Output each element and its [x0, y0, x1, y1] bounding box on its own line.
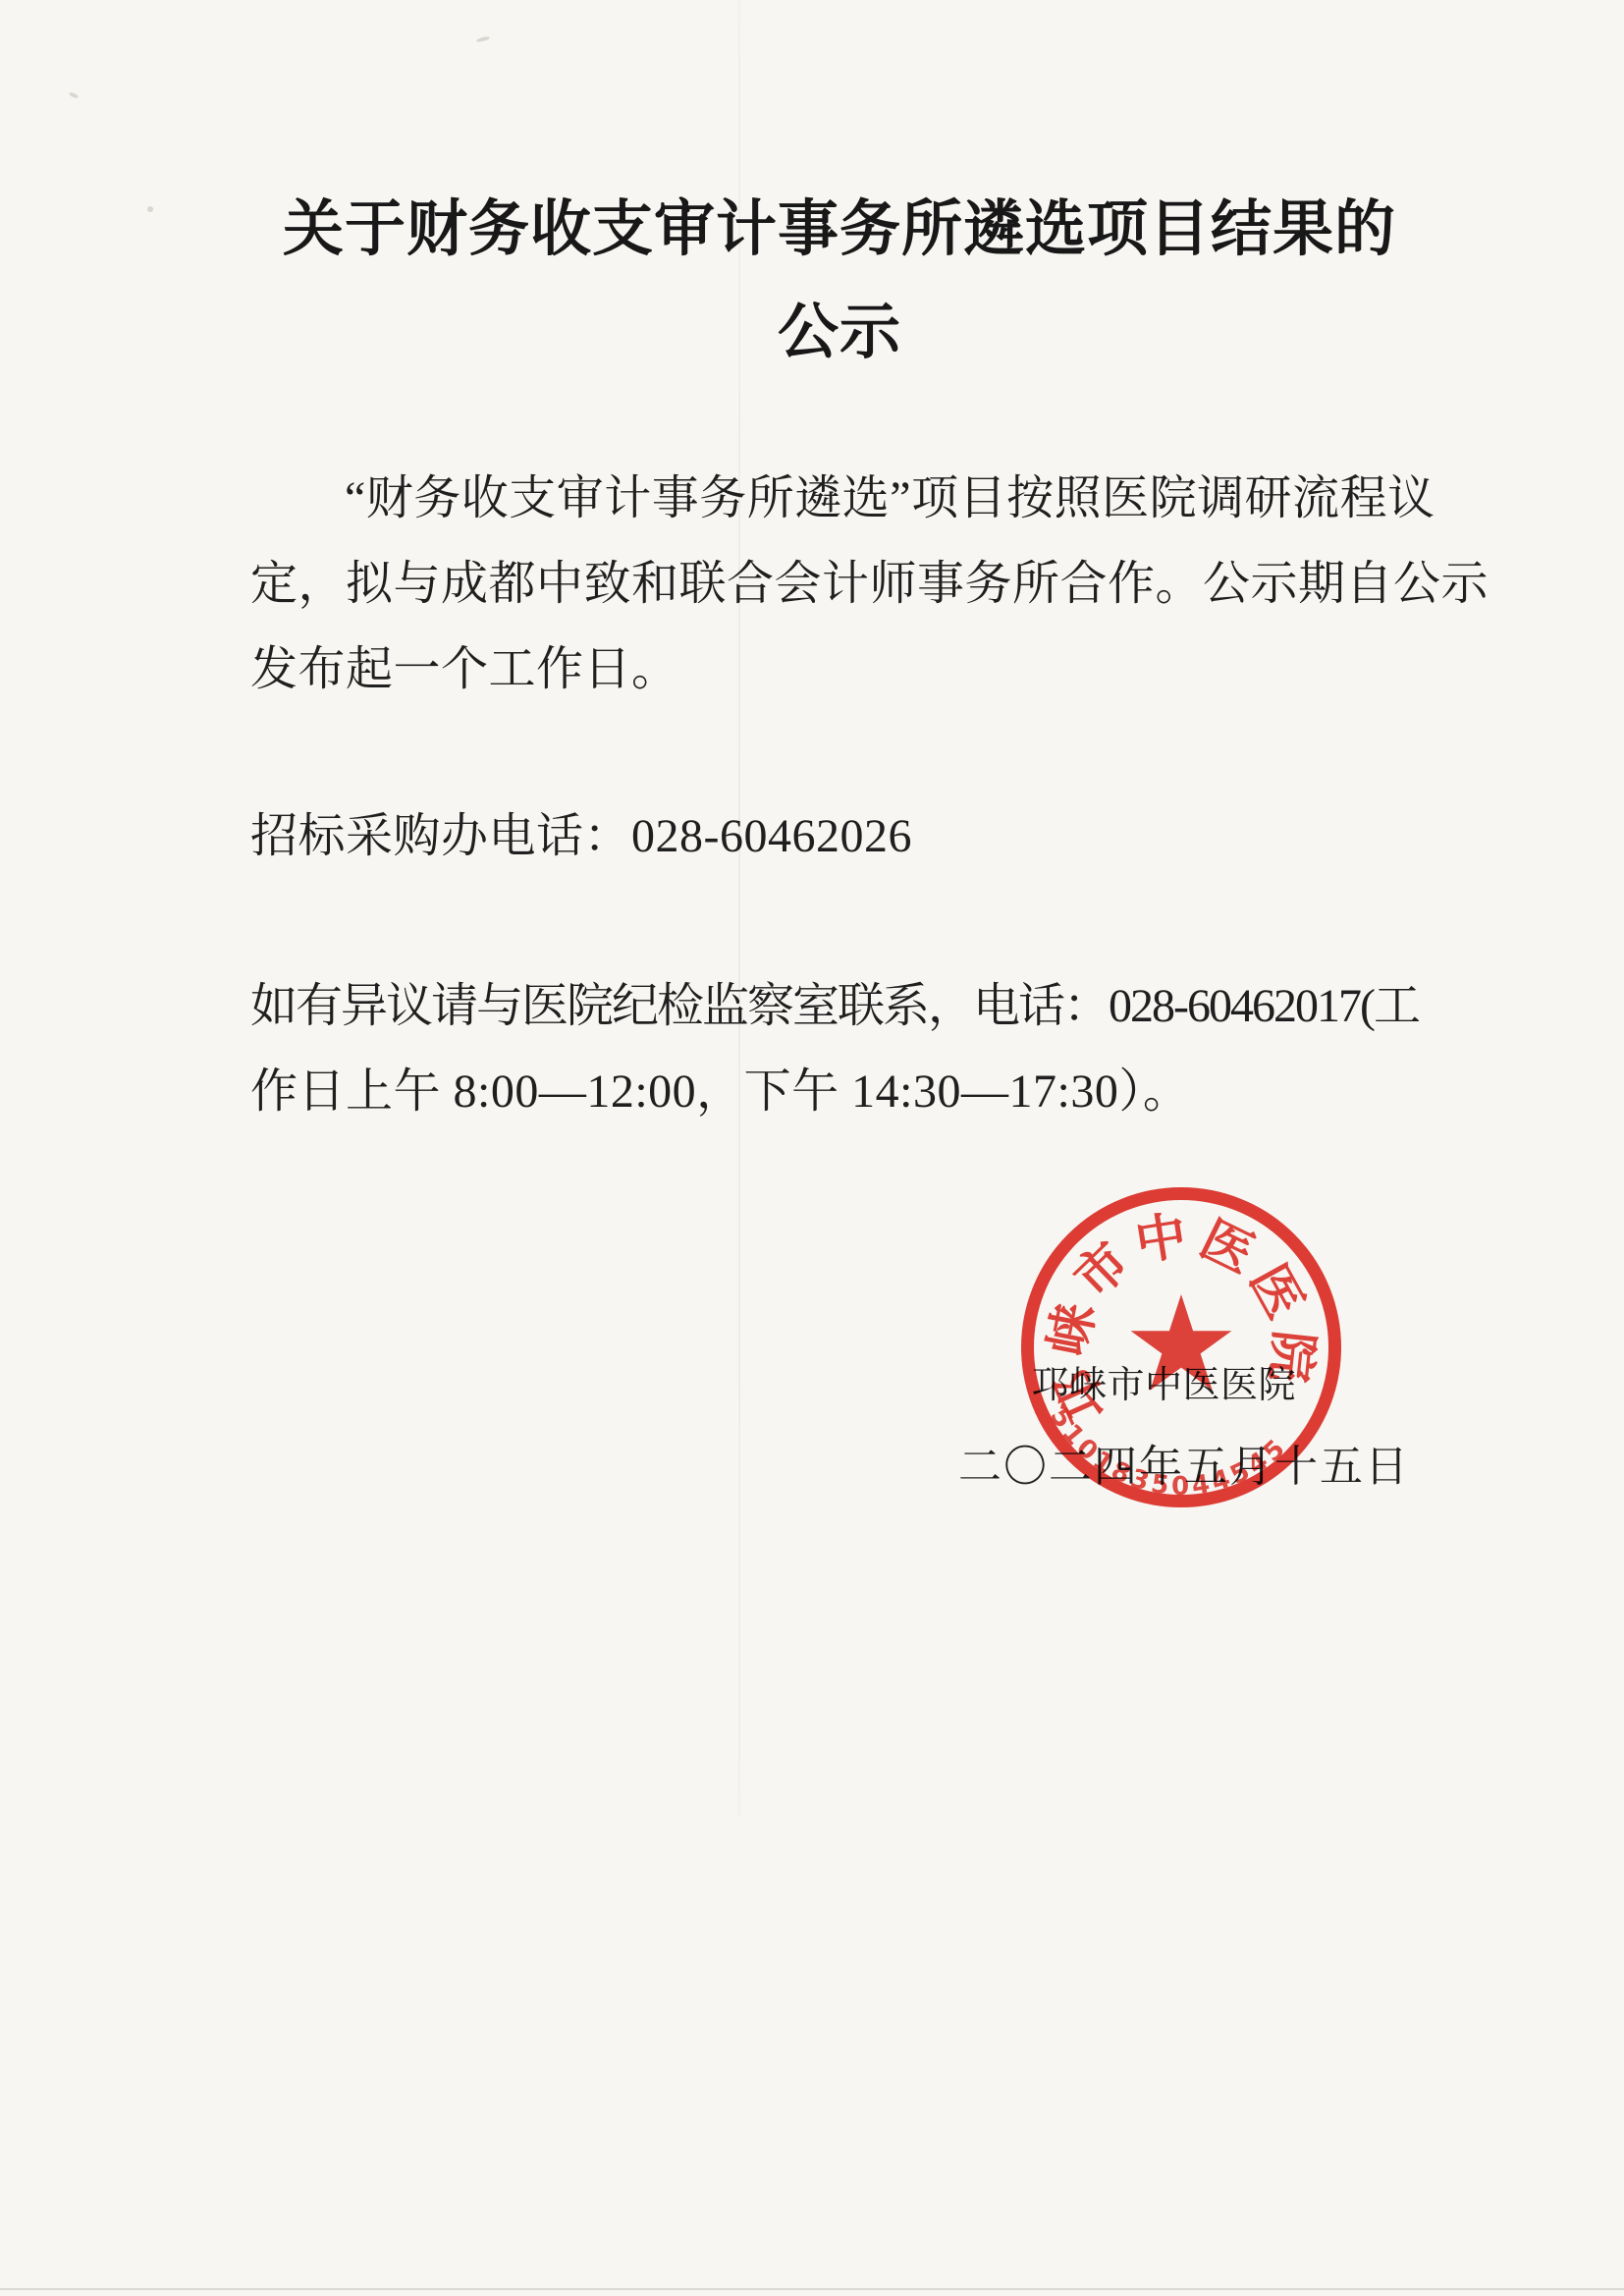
document-title-line2: 公示 [250, 296, 1429, 372]
seal-serial-number: 5101835044545 [1035, 1399, 1296, 1514]
official-seal: 邛崃市中医医院 5101835044545 [1014, 1180, 1348, 1514]
scan-page-edge [0, 2288, 1624, 2290]
body-paragraph1-line1: “财务收支审计事务所遴选”项目按照医院调研流程议 [250, 469, 1429, 528]
body-paragraph1-line2: 定，拟与成都中致和联合会计师事务所合作。公示期自公示 [250, 555, 1429, 614]
document-content: 关于财务收支审计事务所遴选项目结果的 公示 “财务收支审计事务所遴选”项目按照医… [250, 0, 1429, 2296]
star-icon [1131, 1294, 1232, 1391]
objection-paragraph-line1: 如有异议请与医院纪检监察室联系，电话：028-60462017(工 [250, 977, 1429, 1036]
body-paragraph1-line3: 发布起一个工作日。 [250, 640, 1429, 699]
scan-speck [69, 91, 80, 99]
document-page: 关于财务收支审计事务所遴选项目结果的 公示 “财务收支审计事务所遴选”项目按照医… [0, 0, 1624, 2296]
scan-speck [147, 206, 153, 212]
procurement-phone-line: 招标采购办电话：028-60462026 [250, 807, 1429, 866]
objection-paragraph-line2: 作日上午 8:00—12:00，下午 14:30—17:30）。 [250, 1063, 1429, 1121]
document-title-line1: 关于财务收支审计事务所遴选项目结果的 [250, 192, 1429, 269]
